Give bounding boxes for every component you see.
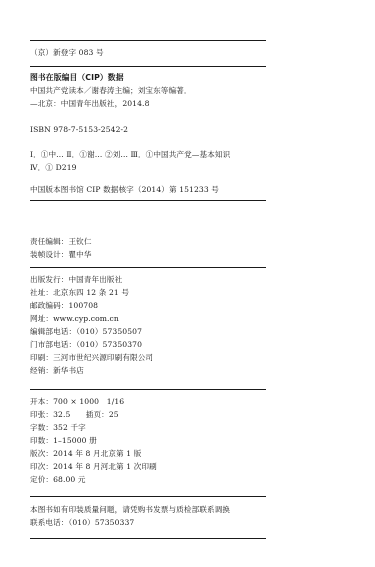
price: 定价：68.00 元 <box>30 475 86 485</box>
retail-phone: 门市部电话：（010）57350370 <box>30 340 142 350</box>
isbn: ISBN 978-7-5153-2542-2 <box>30 125 128 135</box>
divider <box>30 496 266 497</box>
seller: 经销：新华书店 <box>30 366 84 376</box>
classification-line-1: Ⅰ．①中… Ⅱ．①谢… ②刘… Ⅲ．①中国共产党—基本知识 <box>30 150 230 160</box>
address: 社址：北京东四 12 条 21 号 <box>30 288 129 298</box>
divider <box>30 200 266 201</box>
divider <box>30 538 266 539</box>
divider <box>30 66 266 67</box>
classification-line-2: Ⅳ．① D219 <box>30 163 77 173</box>
divider <box>30 389 266 390</box>
word-count: 字数：352 千字 <box>30 423 86 433</box>
postcode: 邮政编码：100708 <box>30 301 98 311</box>
printing: 印次：2014 年 8 月河北第 1 次印刷 <box>30 462 157 472</box>
contact-phone: 联系电话：（010）57350337 <box>30 518 134 528</box>
cip-number: 中国版本图书馆 CIP 数据核字（2014）第 151233 号 <box>30 185 219 195</box>
cover-designer: 装帧设计：瞿中华 <box>30 250 92 260</box>
editorial-phone: 编辑部电话：（010）57350507 <box>30 327 142 337</box>
cip-publisher-line: —北京：中国青年出版社，2014.8 <box>30 99 150 109</box>
format: 开本：700 × 1000 1/16 <box>30 397 124 407</box>
cip-title-line: 中国共产党读本／谢春涛主编；刘宝东等编著． <box>30 86 192 96</box>
registration-number: （京）新登字 083 号 <box>30 48 104 58</box>
edition: 版次：2014 年 8 月北京第 1 版 <box>30 449 141 459</box>
quality-notice: 本图书如有印装质量问题，请凭购书发票与质检部联系调换 <box>30 505 230 515</box>
print-run: 印数：1–15000 册 <box>30 436 97 446</box>
cip-heading: 图书在版编目（CIP）数据 <box>30 73 124 83</box>
printer: 印刷：三河市世纪兴源印刷有限公司 <box>30 353 153 363</box>
divider <box>30 267 266 268</box>
divider <box>30 40 266 41</box>
website: 网址：www.cyp.com.cn <box>30 314 119 324</box>
distributor: 出版发行：中国青年出版社 <box>30 275 122 285</box>
sheets: 印张：32.5 插页：25 <box>30 410 119 420</box>
responsible-editor: 责任编辑：王钦仁 <box>30 237 92 247</box>
